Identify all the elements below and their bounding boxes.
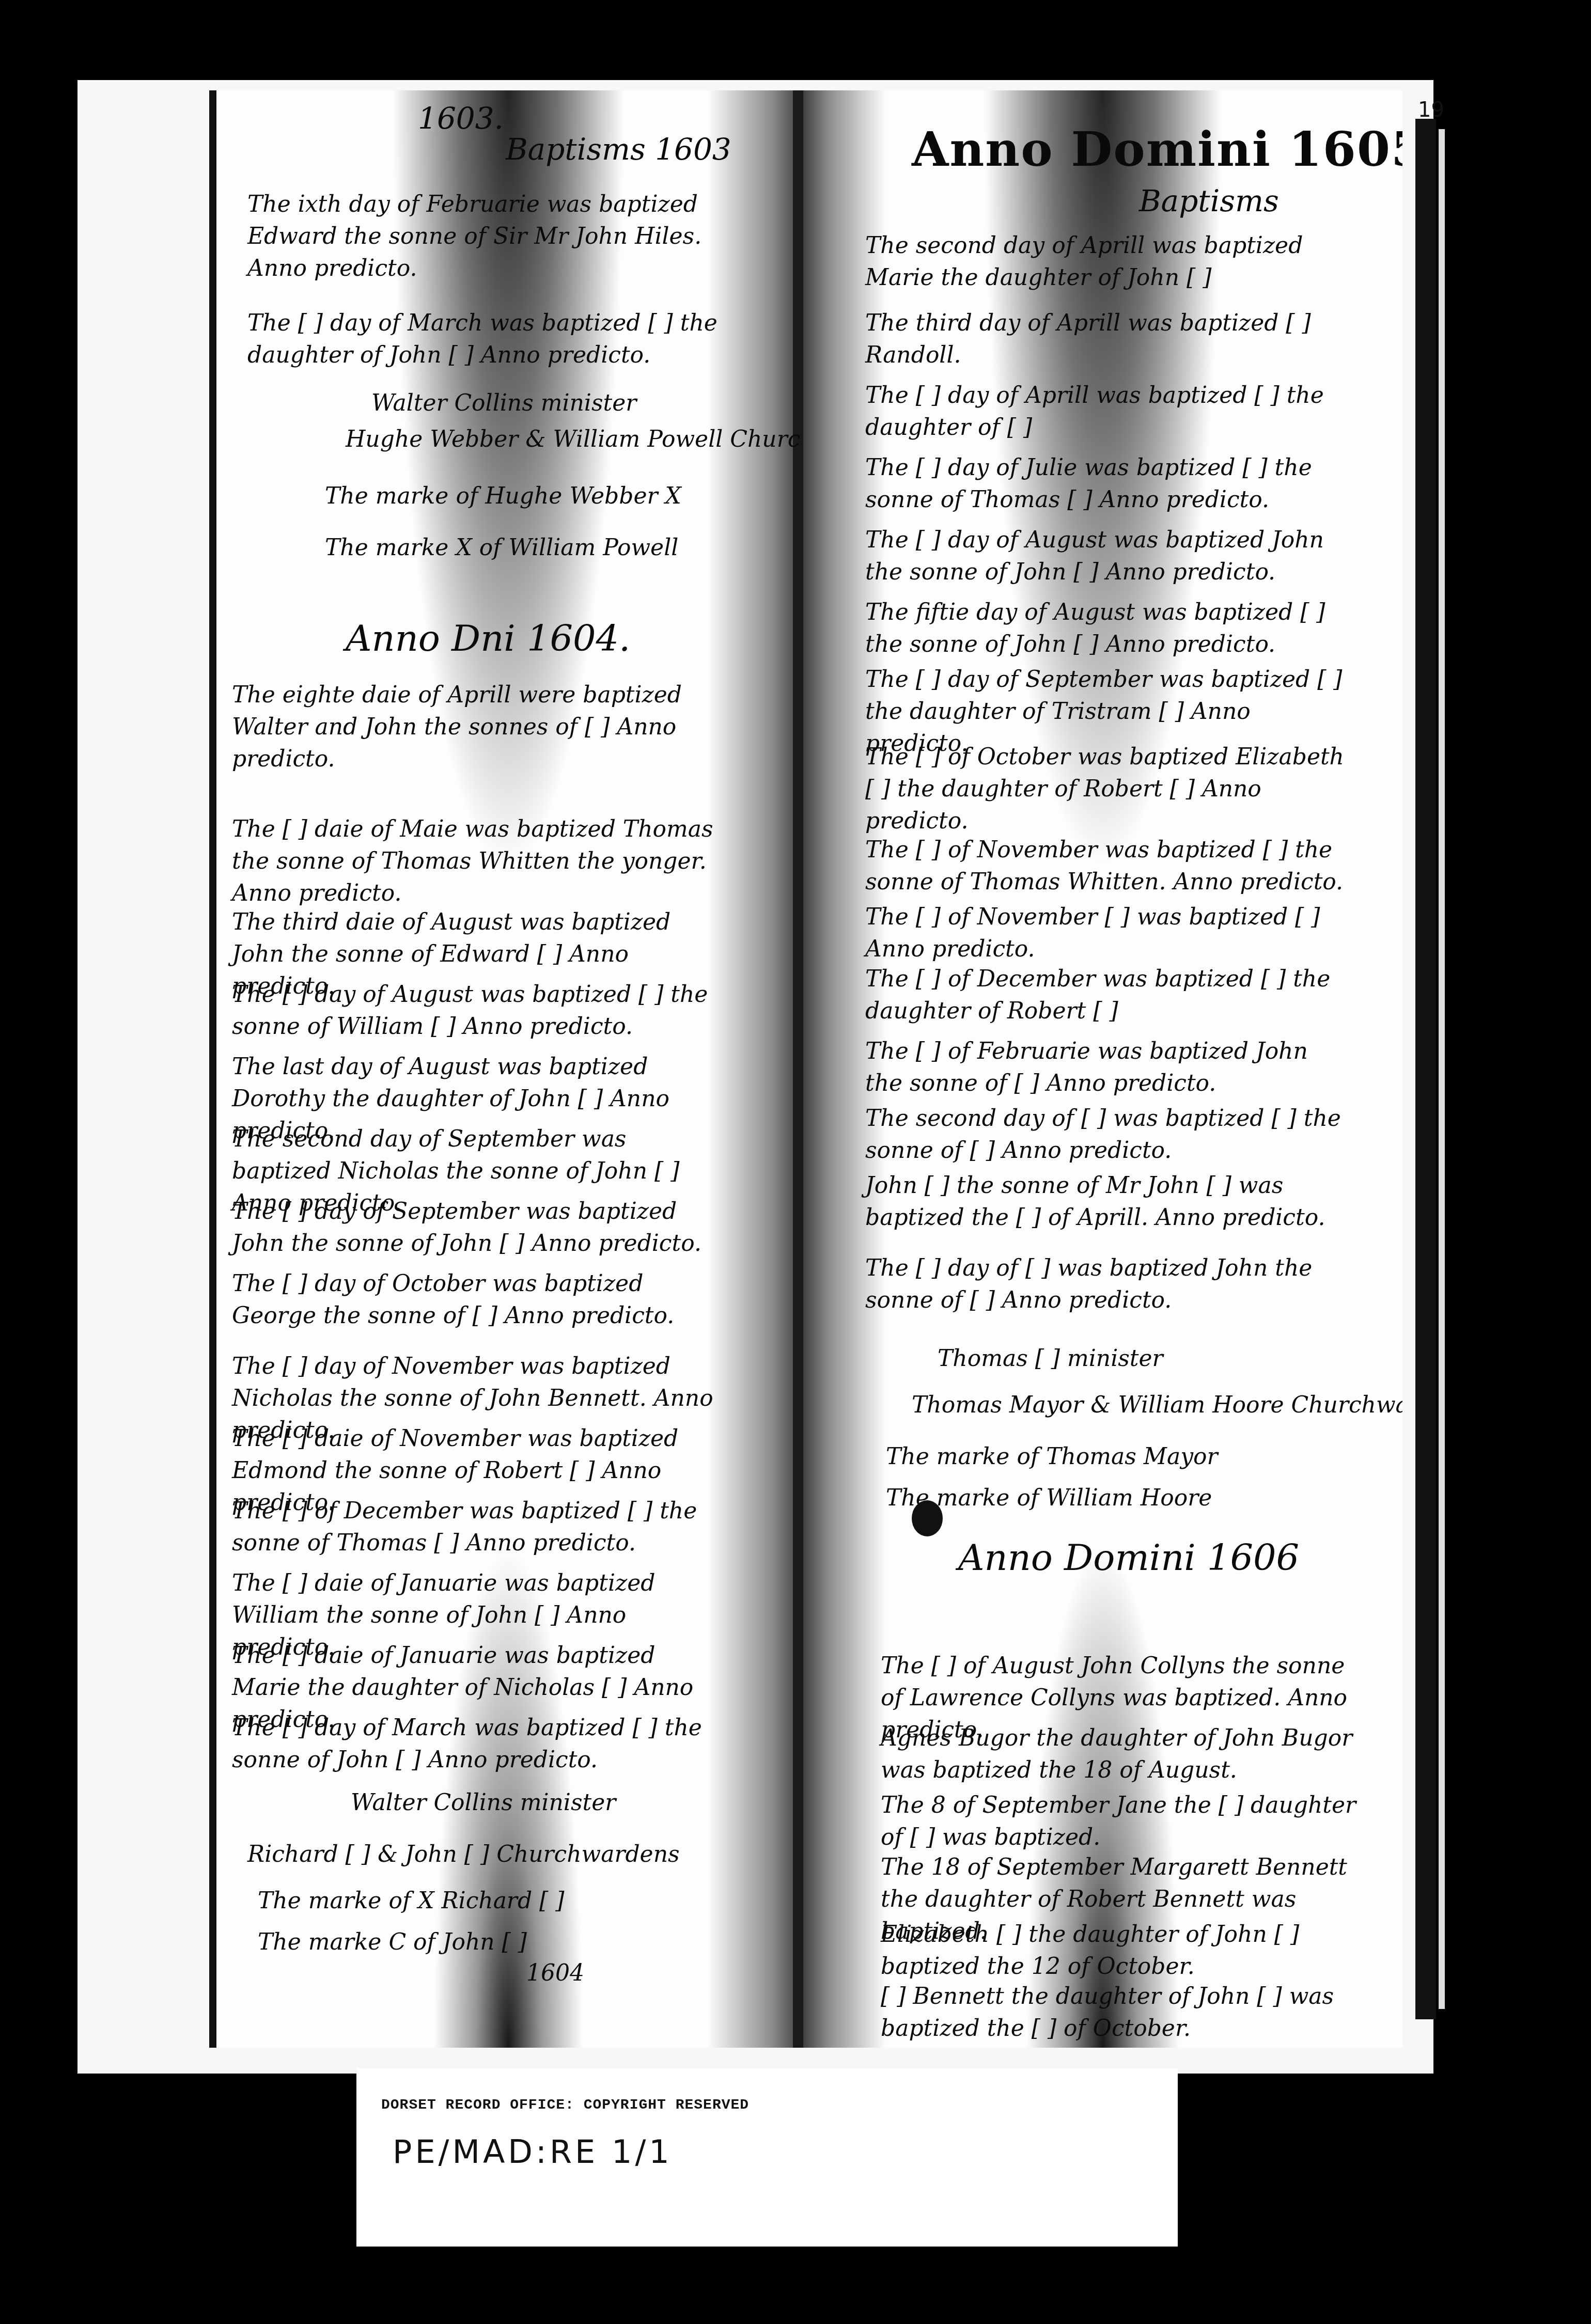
register-entry: The [ ] of November [ ] was baptized [ ]… (865, 901, 1351, 965)
register-spread: 1603. Baptisms 1603 The ixth day of Febr… (209, 90, 1402, 2048)
mark-signature: The marke C of John [ ] (258, 1929, 527, 1955)
minister-signature: Walter Collins minister (371, 390, 636, 416)
register-entry: The [ ] daie of Maie was baptized Thomas… (232, 813, 717, 909)
mark-signature: The marke X of William Powell (325, 535, 678, 561)
minister-signature: Thomas [ ] minister (938, 1345, 1163, 1372)
register-entry: [ ] Bennett the daughter of John [ ] was… (881, 1981, 1366, 2045)
left-page-heading: Baptisms 1603 (506, 132, 731, 167)
register-entry: The 8 of September Jane the [ ] daughter… (881, 1789, 1366, 1854)
register-entry: The second day of [ ] was baptized [ ] t… (865, 1103, 1351, 1167)
register-entry: The [ ] day of August was baptized [ ] t… (232, 979, 717, 1043)
churchwardens-signature: Hughe Webber & William Powell Churchward… (346, 426, 800, 452)
register-entry: The [ ] of December was baptized [ ] the… (232, 1495, 717, 1559)
register-entry: The third day of Aprill was baptized [ ]… (865, 307, 1351, 371)
ink-blot (912, 1500, 943, 1536)
register-entry: The second day of Aprill was baptized Ma… (865, 230, 1351, 294)
register-entry: The [ ] of October was baptized Elizabet… (865, 741, 1351, 837)
page-edge-shadow (1415, 119, 1436, 2019)
register-entry: Elizabeth [ ] the daughter of John [ ] b… (881, 1919, 1366, 1983)
churchwardens-signature: Thomas Mayor & William Hoore Churchwarde… (912, 1392, 1402, 1418)
register-entry: The fiftie day of August was baptized [ … (865, 596, 1351, 661)
left-page: 1603. Baptisms 1603 The ixth day of Febr… (209, 90, 800, 2048)
archive-reference-code: PE/MAD:RE 1/1 (393, 2133, 673, 2171)
register-entry: The [ ] of November was baptized [ ] the… (865, 834, 1351, 898)
right-page-heading: Anno Domini 1605: (912, 121, 1402, 177)
book-gutter (793, 90, 803, 2048)
register-entry: The [ ] day of March was baptized [ ] th… (232, 1712, 717, 1776)
register-entry: The [ ] day of Aprill was baptized [ ] t… (865, 380, 1351, 444)
mark-signature: The marke of X Richard [ ] (258, 1888, 564, 1914)
archive-reference-label: DORSET RECORD OFFICE: COPYRIGHT RESERVED… (356, 2068, 1178, 2247)
churchwardens-signature: Richard [ ] & John [ ] Churchwardens (247, 1841, 680, 1867)
section-heading-1606: Anno Domini 1606 (958, 1536, 1299, 1579)
footer-year: 1604 (526, 1960, 584, 1986)
register-entry: The [ ] day of October was baptized Geor… (232, 1268, 717, 1332)
register-entry: The eighte daie of Aprill were baptized … (232, 679, 717, 775)
mark-signature: The marke of Thomas Mayor (886, 1443, 1218, 1470)
left-page-top-year: 1603. (418, 101, 504, 136)
register-entry: The [ ] day of August was baptized John … (865, 524, 1351, 588)
minister-signature: Walter Collins minister (351, 1789, 616, 1816)
register-entry: The ixth day of Februarie was baptized E… (247, 189, 733, 285)
right-page-subheading: Baptisms (1139, 183, 1279, 218)
mark-signature: The marke of Hughe Webber X (325, 483, 681, 509)
register-entry: The [ ] day of Julie was baptized [ ] th… (865, 452, 1351, 516)
folio-number: 19 (1418, 98, 1444, 122)
register-entry: The [ ] of December was baptized [ ] the… (865, 963, 1351, 1027)
register-entry: John [ ] the sonne of Mr John [ ] was ba… (865, 1170, 1351, 1234)
register-entry: The [ ] day of [ ] was baptized John the… (865, 1252, 1351, 1316)
register-entry: The [ ] of Februarie was baptized John t… (865, 1035, 1351, 1100)
register-entry: The [ ] day of September was baptized Jo… (232, 1196, 717, 1260)
page-edge-strip (1439, 129, 1445, 2009)
register-entry: Agnes Bugor the daughter of John Bugor w… (881, 1722, 1366, 1786)
copyright-notice: DORSET RECORD OFFICE: COPYRIGHT RESERVED (381, 2097, 749, 2113)
section-heading-1604: Anno Dni 1604. (346, 617, 630, 659)
register-entry: The [ ] day of March was baptized [ ] th… (247, 307, 733, 371)
right-page: Anno Domini 1605: Baptisms The second da… (803, 90, 1402, 2048)
